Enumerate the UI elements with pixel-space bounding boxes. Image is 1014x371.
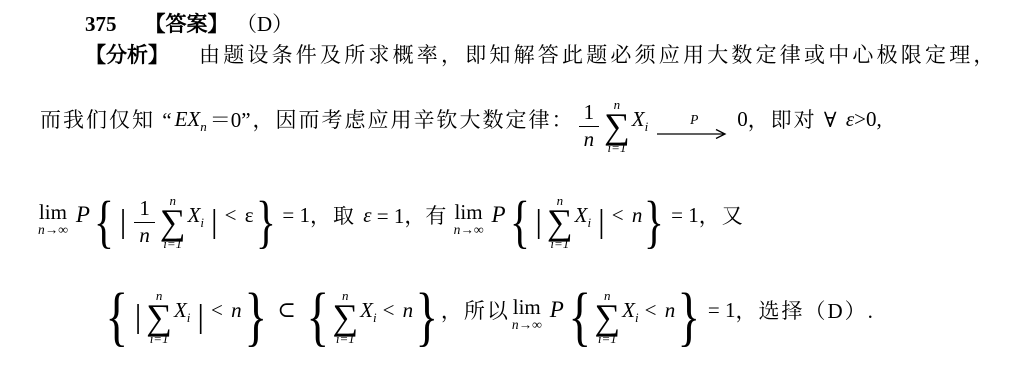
fraction-one-over-n: 1n [579,101,600,151]
fraction-denominator: n [139,223,150,247]
equals-one: = 1 [708,298,736,323]
abs-bar: | [211,206,218,239]
left-brace: { [105,286,128,349]
variable-n: n [231,298,242,323]
probability-P: P [550,297,564,323]
answer-value: （D） [247,12,294,36]
epsilon-upright: ε [245,203,254,228]
EX: EX [175,107,201,131]
right-brace: } [244,286,267,349]
sum-lower-limit: i=1 [598,332,617,345]
lim-text: lim [39,201,67,223]
left-brace: { [509,194,529,249]
X: X [188,203,201,227]
probability-P: P [76,202,90,228]
right-brace: } [255,194,275,249]
variable-Xi: Xi [360,298,376,326]
sum-lower-limit: i=1 [550,237,569,250]
abs-bar: | [535,206,542,239]
X: X [632,107,645,131]
converges-in-probability-arrow: P [656,113,732,139]
sum-symbol: ∑ [594,302,620,333]
summation: n∑i=1 [547,194,573,251]
sum-symbol: ∑ [160,207,186,238]
text-therefore: ，所以 [441,295,510,325]
less-than: < [645,298,662,323]
lim-subscript: n→∞ [454,223,484,237]
variable-Xi: Xi [174,298,190,326]
equals-zero: ＝0 [210,104,242,134]
abs-bar: | [135,301,142,334]
EX-subscript: n [200,119,207,134]
variable-Xi: Xi [632,107,648,135]
subset-symbol: ⊂ [269,297,303,323]
equals-one: = 1 [282,203,310,228]
abs-bar: | [598,206,605,239]
fraction-numerator: 1 [134,197,155,223]
summation: n∑i=1 [332,289,358,346]
zero: 0 [737,107,748,132]
text-we-only-know: 而我们仅知 “ [40,104,174,134]
right-arrow-icon [656,128,732,139]
sum-lower-limit: i=1 [607,141,626,154]
limit: limn→∞ [512,296,542,332]
less-than: < [383,298,400,323]
limit: limn→∞ [454,201,484,237]
sum-lower-limit: i=1 [163,237,182,250]
greater-zero: >0, [854,107,882,132]
abs-bar: | [120,206,127,239]
answer-label: 【答案】 [145,12,229,36]
fraction-numerator: 1 [579,101,600,127]
right-brace: } [644,194,664,249]
variable-Xi: Xi [575,203,591,231]
variable-Xi: Xi [622,298,638,326]
khinchin-law-line: 而我们仅知 “EXn＝0”，因而考虑应用辛钦大数定律： 1n n∑i=1 Xi … [40,88,882,164]
sum-lower-limit: i=1 [150,332,169,345]
summation: n∑i=1 [604,98,630,155]
lim-subscript: n→∞ [38,223,68,237]
X-subscript: i [635,310,639,325]
left-brace: { [94,194,114,249]
summation: n∑i=1 [146,289,172,346]
less-than: < [211,298,228,323]
lim-subscript: n→∞ [512,318,542,332]
text-choose-D: ，选择（D）. [735,295,874,325]
sum-symbol: ∑ [146,302,172,333]
summation: n∑i=1 [594,289,620,346]
epsilon: ε [363,203,371,228]
arrow-label-P: P [690,113,698,127]
right-brace: } [416,286,439,349]
sum-symbol: ∑ [604,111,630,142]
analysis-sentence: 由题设条件及所求概率，即知解答此题必须应用大数定律或中心极限定理， [199,43,998,67]
variable-n: n [403,298,414,323]
X: X [575,203,588,227]
abs-bar: | [197,301,204,334]
probability-P: P [491,202,505,228]
variable-EXn: EXn [175,107,207,135]
problem-number: 375 [85,12,117,36]
X: X [622,298,635,322]
X-subscript: i [645,119,649,134]
text-take-epsilon: ，取 [310,200,363,230]
X-subscript: i [187,310,191,325]
fraction-one-over-n: 1n [134,197,155,247]
less-than: < [612,203,629,228]
X-subscript: i [373,310,377,325]
conclusion-line: { | n∑i=1 Xi | < n } ⊂ { n∑i=1 Xi < n } … [103,268,875,366]
answer-line: 375【答案】（D） [85,8,293,38]
equals-one: = 1 [671,203,699,228]
analysis-line: 【分析】由题设条件及所求概率，即知解答此题必须应用大数定律或中心极限定理， [85,39,998,69]
variable-Xi: Xi [188,203,204,231]
summation: n∑i=1 [160,194,186,251]
text-and-also: ，又 [699,200,745,230]
fraction-denominator: n [584,127,595,151]
text-equals-one-have: = 1，有 [372,200,452,230]
less-than: < [225,203,242,228]
right-brace: } [678,286,701,349]
sum-lower-limit: i=1 [336,332,355,345]
left-brace: { [568,286,591,349]
X-subscript: i [588,215,592,230]
sum-symbol: ∑ [332,302,358,333]
text-apply-khinchin: ”，因而考虑应用辛钦大数定律： [241,104,574,134]
text-for-all: ，即对 ∀ [748,104,846,134]
variable-n: n [632,203,643,228]
X: X [174,298,187,322]
limit-line: limn→∞ P { | 1n n∑i=1 Xi | < ε } = 1 ，取 … [36,176,745,268]
variable-n: n [665,298,676,323]
X-subscript: i [200,215,204,230]
analysis-label: 【分析】 [85,43,169,67]
epsilon: ε [846,107,854,132]
sum-symbol: ∑ [547,207,573,238]
X: X [360,298,373,322]
left-brace: { [306,286,329,349]
lim-text: lim [455,201,483,223]
lim-text: lim [513,296,541,318]
limit: limn→∞ [38,201,68,237]
